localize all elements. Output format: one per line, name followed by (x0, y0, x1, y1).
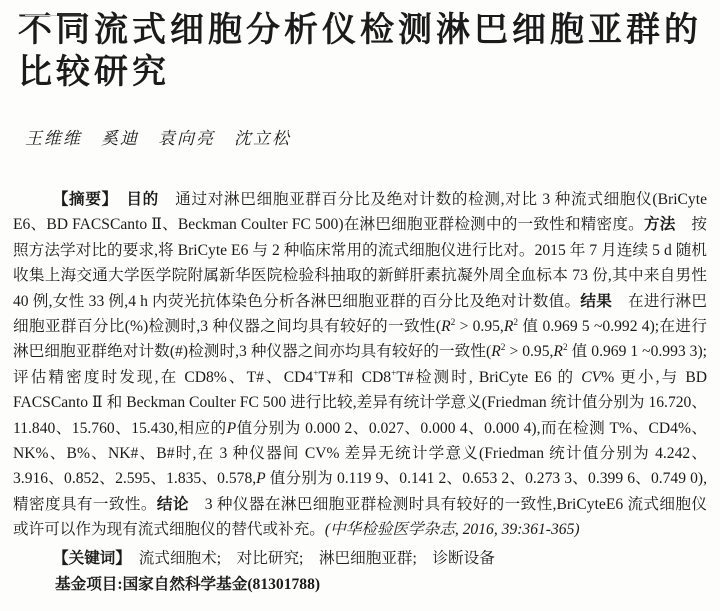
abstract-paragraph: 【摘要】 目的 通过对淋巴细胞亚群百分比及绝对计数的检测,对比 3 种流式细胞仪… (13, 187, 707, 543)
funding-line: 基金项目:国家自然科学基金(81301788) (13, 573, 707, 596)
authors-line: 王维维 奚迪 袁向亮 沈立松 (25, 124, 720, 149)
scan-artifact-line-dark (57, 13, 81, 16)
keywords-line: 【关键词】 流式细胞术; 对比研究; 淋巴细胞亚群; 诊断设备 (13, 547, 707, 570)
scan-artifact-line-light (25, 15, 57, 16)
paper-title: 不同流式细胞分析仪检测淋巴细胞亚群的比较研究 (0, 10, 720, 94)
